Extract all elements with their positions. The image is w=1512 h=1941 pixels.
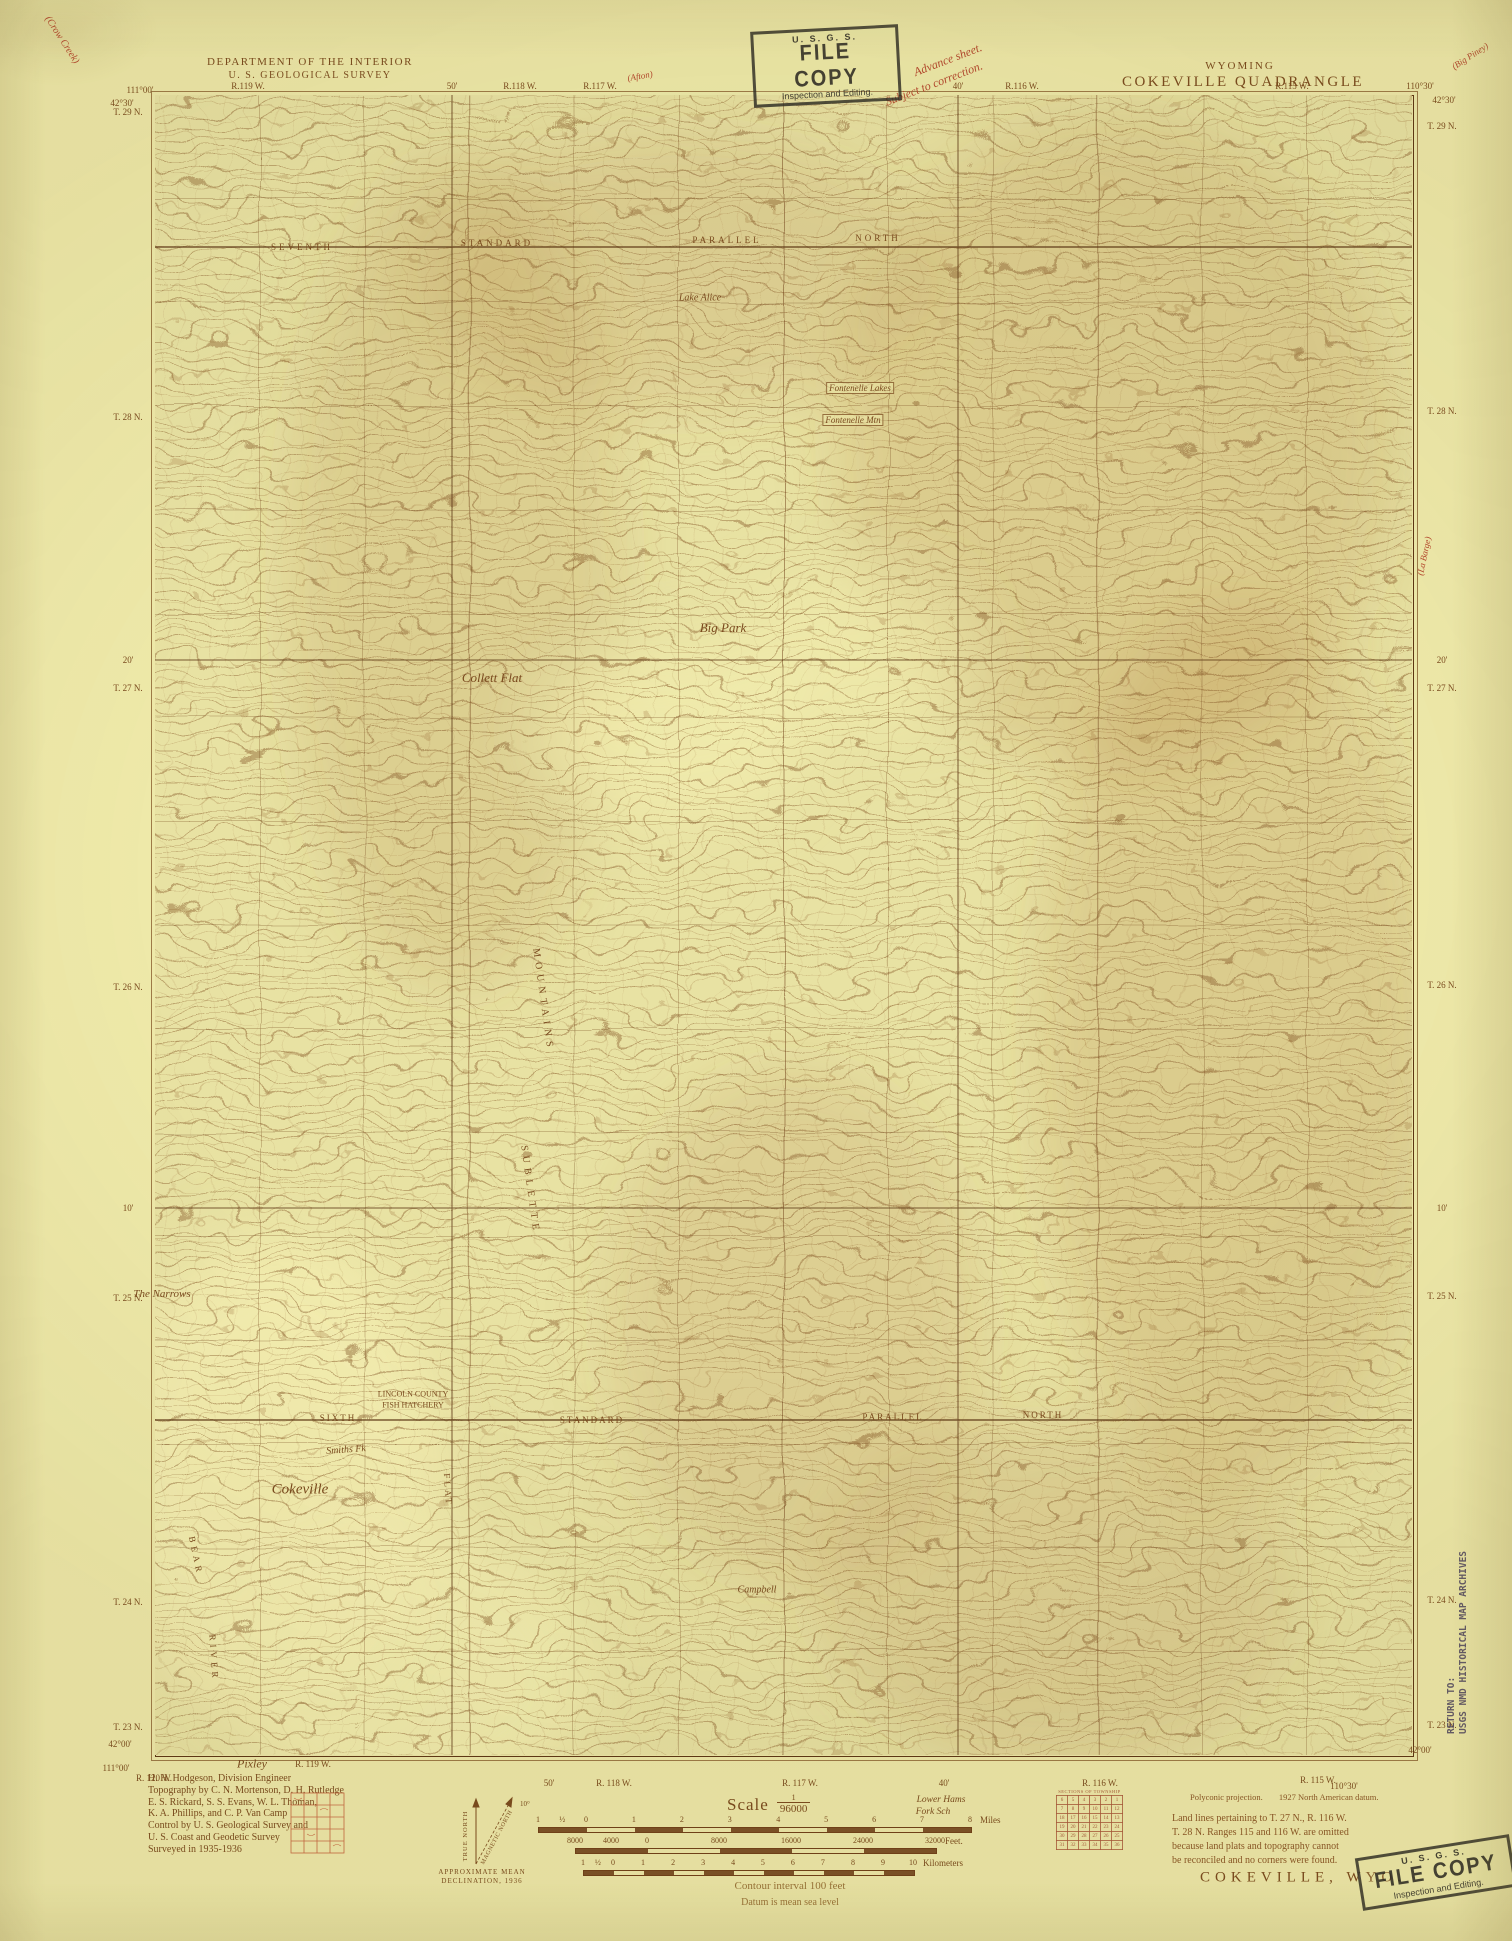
map-label: (Big Piney) [1450,41,1490,72]
land-lines-line: because land plats and topography cannot [1172,1840,1349,1854]
scalebar-unit-label: Feet. [945,1836,963,1846]
edge-label-top: R.119 W. [231,81,264,91]
section-number-cell: 26 [1101,1832,1112,1841]
scalebar-tick-label: 1 [641,1858,645,1867]
scalebar-tick-label: 1 [581,1858,585,1867]
edge-label-bottom: R. 117 W. [782,1778,818,1788]
section-number-cell: 3 [1090,1796,1101,1805]
section-number-cell: 28 [1079,1832,1090,1841]
edge-label-left: T. 23 N. [113,1722,142,1732]
edge-label-bottom: R. 118 W. [596,1778,632,1788]
scalebar-tick-label: 9 [881,1858,885,1867]
magnetic-north-label: MAGNETIC NORTH [480,1809,514,1865]
projection-note-text: Polyconic projection. [1190,1792,1263,1802]
section-number-cell: 2 [1101,1796,1112,1805]
edge-label-bottom: 40' [939,1778,950,1788]
section-number-cell: 5 [1068,1796,1079,1805]
section-number-cell: 25 [1112,1832,1123,1841]
section-number-cell: 30 [1057,1832,1068,1841]
map-sheet: DEPARTMENT OF THE INTERIOR U. S. GEOLOGI… [0,0,1512,1941]
map-label: Fontenelle Lakes [826,382,894,394]
section-number-cell: 7 [1057,1805,1068,1814]
scale-numerator: 1 [777,1794,811,1802]
map-label: SEVENTH [271,242,333,252]
section-number-cell: 11 [1101,1805,1112,1814]
scalebar-tick-label: 10 [909,1858,917,1867]
archives-return-stamp: RETURN TO: USGS NMD HISTORICAL MAP ARCHI… [1446,1522,1470,1734]
map-label: Campbell [738,1585,777,1596]
scalebar-tick-label: ½ [595,1858,601,1867]
scalebar-tick-label: 24000 [853,1836,873,1845]
scalebar-tick-label: 6 [791,1858,795,1867]
edge-label-bottom: R. 115 W. [1300,1775,1336,1785]
land-lines-note: Land lines pertaining to T. 27 N., R. 11… [1172,1812,1349,1868]
edge-label-top: R.117 W. [583,81,616,91]
corner-coordinate-label: 42°00' [1408,1745,1431,1755]
section-number-cell: 10 [1090,1805,1101,1814]
corner-coordinate-label: 111°00' [102,1763,129,1773]
map-label: Pixley [237,1757,267,1772]
edge-label-top: 40' [953,81,964,91]
land-lines-line: T. 28 N. Ranges 115 and 116 W. are omitt… [1172,1826,1349,1840]
edge-label-top: R.116 W. [1005,81,1038,91]
edge-label-top: R.115 W. [1275,81,1308,91]
scale-statement: Scale 1 96000 [727,1794,810,1815]
map-label: FISH HATCHERY [382,1401,444,1410]
edge-label-left: T. 24 N. [113,1597,142,1607]
datum-note: Datum is mean sea level [741,1897,839,1908]
edge-label-top: 50' [447,81,458,91]
edge-label-left: 10' [123,1203,134,1213]
edge-label-right: T. 29 N. [1427,121,1456,131]
declination-caption: APPROXIMATE MEAN DECLINATION, 1936 [438,1868,525,1886]
credit-line: H. H. Hodgeson, Division Engineer [148,1773,344,1785]
scalebar-unit-label: Kilometers [923,1858,963,1868]
scalebar-tick-label: 4 [776,1815,780,1824]
projection-note: Polyconic projection. 1927 North America… [1190,1792,1392,1802]
map-label: Big Park [700,620,747,636]
scalebar-tick-label: 0 [611,1858,615,1867]
scalebar-tick-label: 8000 [711,1836,727,1845]
edge-label-bottom: R. 120 W. [136,1773,172,1783]
map-label: STANDARD [461,238,533,248]
corner-coordinate-label: 111°00' [126,85,153,95]
section-number-cell: 6 [1057,1796,1068,1805]
section-number-cell: 17 [1068,1814,1079,1823]
section-number-cell: 22 [1090,1823,1101,1832]
scale-fraction: 1 96000 [777,1794,811,1815]
sections-diagram-header: SECTIONS OF TOWNSHIP [1056,1789,1123,1794]
section-number-cell: 34 [1090,1841,1101,1850]
map-label: NORTH [855,233,900,243]
scalebar-tick-label: 3 [728,1815,732,1824]
section-number-cell: 31 [1057,1841,1068,1850]
map-label: SIXTH [320,1413,357,1423]
section-number-cell: 15 [1090,1814,1101,1823]
map-label: Lake Alice [679,293,721,304]
scalebar-tick-label: 7 [920,1815,924,1824]
edge-label-bottom: R. 119 W. [295,1759,331,1769]
scalebar-tick-label: 16000 [781,1836,801,1845]
map-label: Cokeville [272,1482,329,1499]
map-label: (Afton) [627,69,654,83]
section-number-cell: 36 [1112,1841,1123,1850]
corner-coordinate-label: 42°30' [1432,95,1455,105]
scalebar-tick-label: 5 [824,1815,828,1824]
section-number-cell: 29 [1068,1832,1079,1841]
scalebar-miles [538,1827,972,1833]
section-number-cell: 24 [1112,1823,1123,1832]
state-name: WYOMING [1120,60,1360,72]
section-number-cell: 12 [1112,1805,1123,1814]
sections-number-grid: 6543217891011121817161514131920212223243… [1056,1795,1123,1850]
map-label: Collett Flat [462,670,522,686]
map-label: PARALLEL [692,235,761,245]
datum-1927-text: 1927 North American datum. [1279,1792,1379,1802]
corner-coordinate-label: 42°00' [108,1739,131,1749]
scalebar-tick-label: 3 [701,1858,705,1867]
file-copy-stamp-top: U. S. G. S. FILE COPY Inspection and Edi… [750,24,902,108]
archives-return-line2: USGS NMD HISTORICAL MAP ARCHIVES [1458,1522,1470,1734]
scalebar-tick-label: 5 [761,1858,765,1867]
edge-label-right: 20' [1437,655,1448,665]
section-number-cell: 32 [1068,1841,1079,1850]
scale-word: Scale [727,1795,769,1815]
edge-label-left: T. 29 N. [113,107,142,117]
archives-return-line1: RETURN TO: [1446,1522,1458,1734]
stamp-file-copy-line: FILE COPY [764,37,889,95]
edge-label-right: 10' [1437,1203,1448,1213]
scalebar-tick-label: 0 [584,1815,588,1824]
declination-caption-line2: DECLINATION, 1936 [438,1877,525,1886]
section-number-cell: 14 [1101,1814,1112,1823]
section-number-cell: 9 [1079,1805,1090,1814]
file-copy-stamp-bottom: U. S. G. S. FILE COPY Inspection and Edi… [1355,1834,1512,1911]
edge-label-right: T. 27 N. [1427,683,1456,693]
section-number-cell: 20 [1068,1823,1079,1832]
edge-label-left: 20' [123,655,134,665]
sections-of-township-diagram: SECTIONS OF TOWNSHIP 6543217891011121817… [1056,1789,1123,1850]
section-number-cell: 23 [1101,1823,1112,1832]
scalebar-tick-label: 6 [872,1815,876,1824]
declination-caption-line1: APPROXIMATE MEAN [438,1868,525,1877]
scalebar-tick-label: 1 [536,1815,540,1824]
edge-label-left: T. 27 N. [113,683,142,693]
scalebar-tick-label: 2 [680,1815,684,1824]
true-north-label: TRUE NORTH [462,1811,469,1862]
edge-label-right: T. 28 N. [1427,406,1456,416]
section-number-cell: 4 [1079,1796,1090,1805]
map-label: (Crow Creek) [43,14,82,66]
section-number-cell: 35 [1101,1841,1112,1850]
scalebar-tick-label: 0 [645,1836,649,1845]
edge-label-left: T. 25 N. [113,1293,142,1303]
map-label: PARALLEL [862,1412,923,1422]
map-label: LINCOLN COUNTY [378,1390,448,1399]
scalebar-tick-label: 8 [968,1815,972,1824]
map-label: STANDARD [560,1415,624,1425]
scalebar-tick-label: ½ [559,1815,565,1824]
declination-angle: 10° [520,1800,530,1808]
topographic-map-canvas [155,95,1412,1755]
edge-label-bottom: R. 116 W. [1082,1778,1118,1788]
map-label: Lower Hams [917,1795,966,1805]
scalebar-tick-label: 4000 [603,1836,619,1845]
scalebar-feet [575,1848,937,1854]
quadrangle-title: COKEVILLE QUADRANGLE [1078,74,1408,91]
scalebar-tick-label: 7 [821,1858,825,1867]
section-number-cell: 16 [1079,1814,1090,1823]
section-number-cell: 13 [1112,1814,1123,1823]
agency-title: DEPARTMENT OF THE INTERIOR [160,56,460,68]
map-label: Fontenelle Mtn [822,414,883,426]
section-number-cell: 18 [1057,1814,1068,1823]
contour-interval-note: Contour interval 100 feet [735,1880,846,1892]
section-number-cell: 8 [1068,1805,1079,1814]
section-number-cell: 19 [1057,1823,1068,1832]
edge-label-right: T. 26 N. [1427,980,1456,990]
agency-subtitle: U. S. GEOLOGICAL SURVEY [190,70,430,81]
scalebar-tick-label: 8 [851,1858,855,1867]
section-number-cell: 1 [1112,1796,1123,1805]
scalebar-tick-label: 32000 [925,1836,945,1845]
section-number-cell: 33 [1079,1841,1090,1850]
survey-index-grid [290,1792,345,1854]
scalebar-tick-label: 1 [632,1815,636,1824]
scalebar-unit-label: Miles [980,1815,1001,1825]
edge-label-left: T. 26 N. [113,982,142,992]
edge-label-top: R.118 W. [503,81,536,91]
edge-label-left: T. 28 N. [113,412,142,422]
edge-label-bottom: 50' [544,1778,555,1788]
scalebar-tick-label: 4 [731,1858,735,1867]
section-number-cell: 27 [1090,1832,1101,1841]
corner-coordinate-label: 110°30' [1406,81,1433,91]
section-number-cell: 21 [1079,1823,1090,1832]
scalebar-kilometers [583,1870,915,1876]
scalebar-tick-label: 2 [671,1858,675,1867]
map-label: NORTH [1023,1410,1063,1420]
land-lines-line: be reconciled and no corners were found. [1172,1854,1349,1868]
edge-label-right: T. 25 N. [1427,1291,1456,1301]
scale-denominator: 96000 [777,1802,811,1815]
scalebar-tick-label: 8000 [567,1836,583,1845]
land-lines-line: Land lines pertaining to T. 27 N., R. 11… [1172,1812,1349,1826]
